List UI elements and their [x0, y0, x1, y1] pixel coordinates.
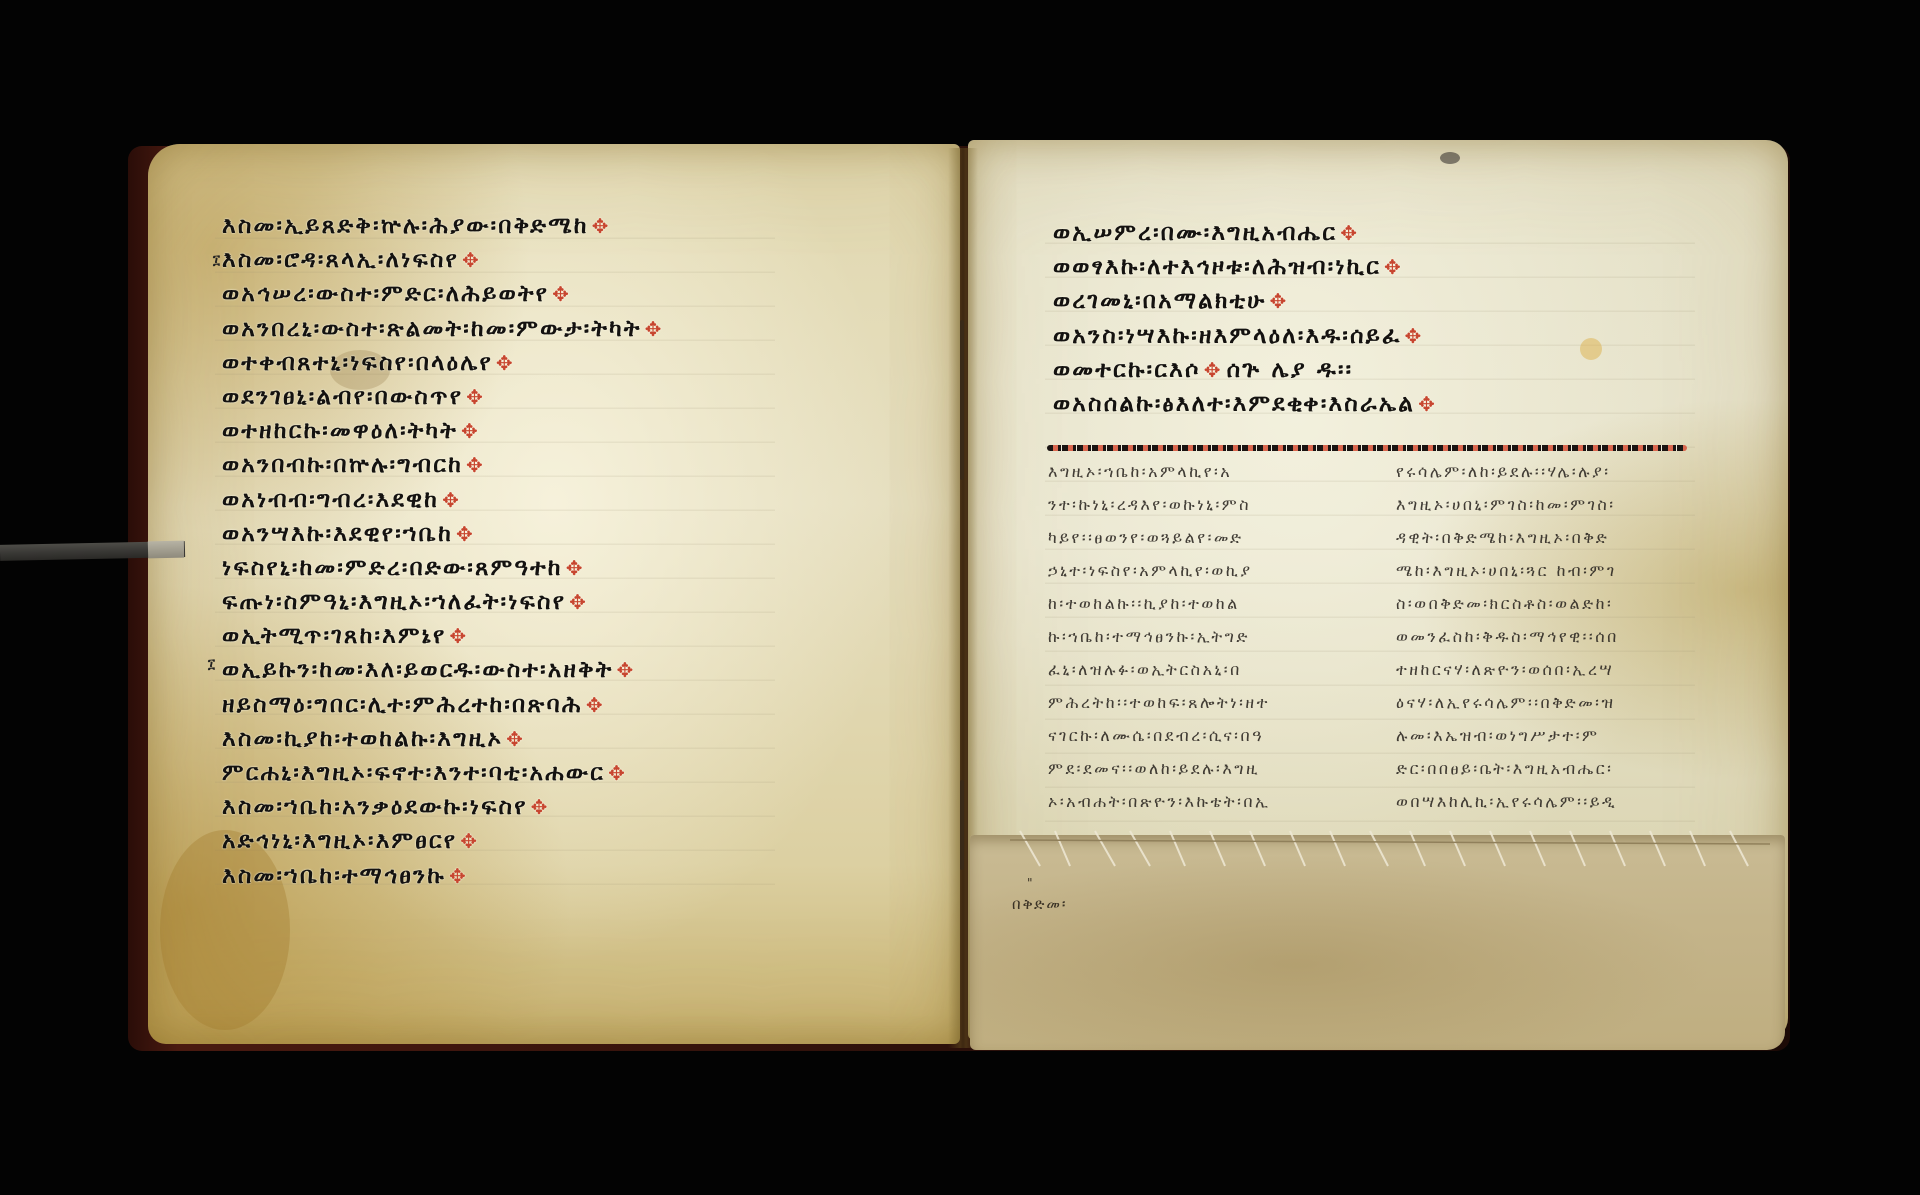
- text-line: ወአስሰልኩ፡ፅእለተ፡እምደቂቀ፡እስራኤል✥: [1053, 387, 1437, 421]
- rubric-cross-icon: ✥: [460, 829, 479, 853]
- text-line: እግዚኦ፡ኀቤከ፡አምላኪየ፡አ: [1048, 455, 1271, 488]
- rubric-cross-icon: ✥: [569, 590, 588, 614]
- text-line: ዕናሃ፡ለኢየሩሳሌም፡፡በቅድመ፡ዝ: [1396, 686, 1619, 719]
- text-line: ወኢይኩን፡ከመ፡እለ፡ይወርዱ፡ውስተ፡አዘቅት✥: [222, 653, 664, 687]
- text-line: ወአንስ፡ነሣእኩ፡ዘእምላዕለ፡እዱ፡ሰይፈ✥: [1053, 319, 1437, 353]
- rubric-cross-icon: ✥: [586, 693, 605, 717]
- rubric-cross-icon: ✥: [449, 624, 468, 648]
- flap-handwritten-note: በቅድመ፡: [1012, 895, 1067, 913]
- rubric-cross-icon: ✥: [1204, 358, 1223, 382]
- text-line: ስ፡ወበቅድመ፡ክርስቶስ፡ወልድከ፡: [1396, 587, 1619, 620]
- spine-stitch: [960, 320, 964, 480]
- text-line: ወተዘከርኩ፡መዋዕለ፡ትካት✥: [222, 414, 664, 448]
- rubric-cross-icon: ✥: [608, 761, 627, 785]
- text-line: ሉመ፡እኤዝብ፡ወነግሥታተ፡ም: [1396, 719, 1619, 752]
- rubric-cross-icon: ✥: [466, 385, 485, 409]
- text-line: ሜከ፡እግዚኦ፡ሀበኒ፡ጓር ከብ፡ምገ: [1396, 554, 1619, 587]
- text-line: እግዚኦ፡ሀበኒ፡ምገስ፡ከመ፡ምገስ፡: [1396, 488, 1619, 521]
- text-line: ፈኒ፡ለዝሉፉ፡ወኢትርስአኒ፡በ: [1048, 653, 1271, 686]
- text-line: እስመ፡ሮዳ፡ጸላኢ፡ለነፍስየ✥: [222, 243, 664, 277]
- text-line: ወአነብብ፡ግብረ፡እደዊከ✥: [222, 483, 664, 517]
- rubric-cross-icon: ✥: [531, 795, 550, 819]
- left-page-text: እስመ፡ኢይጸድቅ፡ኵሉ፡ሕያው፡በቅድሜከ✥ እስመ፡ሮዳ፡ጸላኢ፡ለነፍስየ…: [222, 209, 664, 893]
- right-page-column-b: የሩሳሌም፡ለከ፡ይደሉ፡፡ሃሌ፡ሉያ፡ እግዚኦ፡ሀበኒ፡ምገስ፡ከመ፡ምገስ…: [1396, 455, 1619, 818]
- text-line: ዘይስማዕ፡ግበር፡ሊተ፡ምሕረተከ፡በጽባሕ✥: [222, 688, 664, 722]
- text-line: ድር፡በበፀይ፡ቤት፡እግዚአብሔር፡: [1396, 752, 1619, 785]
- flap-mark: ": [1027, 876, 1033, 890]
- rubric-cross-icon: ✥: [461, 419, 480, 443]
- text-line: ወወፃእኩ፡ለተእኅዞቱ፡ለሕዝብ፡ነኪር✥: [1053, 250, 1437, 284]
- text-line: ወተቀብጸተኒ፡ነፍስየ፡በላዕሌየ✥: [222, 346, 664, 380]
- text-line: ንተ፡ኩነኒ፡ረዳእየ፡ወኩነኒ፡ምስ: [1048, 488, 1271, 521]
- text-line: ምርሐኒ፡እግዚኦ፡ፍኖተ፡እንተ፡ባቲ፡አሐውር✥: [222, 756, 664, 790]
- text-line: እስመ፡ኀቤከ፡አንቃዕደውኩ፡ነፍስየ✥: [222, 790, 664, 824]
- stain: [1580, 338, 1602, 360]
- rubric-cross-icon: ✥: [1269, 289, 1288, 313]
- rubric-cross-icon: ✥: [442, 488, 461, 512]
- rubric-cross-icon: ✥: [645, 317, 664, 341]
- decorative-divider: [1047, 445, 1687, 451]
- text-line: ፍጡነ፡ስምዓኒ፡እግዚኦ፡ኀለፈት፡ነፍስየ✥: [222, 585, 664, 619]
- rubric-cross-icon: ✥: [449, 864, 468, 888]
- rubric-cross-icon: ✥: [506, 727, 525, 751]
- rubric-cross-icon: ✥: [496, 351, 515, 375]
- rubric-cross-icon: ✥: [1405, 324, 1424, 348]
- stain: [1440, 152, 1460, 164]
- text-line: ካይየ፡፡ፀወንየ፡ወጓይልየ፡መድ: [1048, 521, 1271, 554]
- text-line: ዳዊት፡በቅድሜከ፡እግዚኦ፡በቅድ: [1396, 521, 1619, 554]
- text-line: ኃኒተ፡ነፍስየ፡አምላኪየ፡ወኪያ: [1048, 554, 1271, 587]
- text-line: ወአንበረኒ፡ውስተ፡ጽልመት፡ከመ፡ምውታ፡ትካት✥: [222, 312, 664, 346]
- text-line: ናገርኩ፡ለሙሴ፡በደብረ፡ሲና፡በዓ: [1048, 719, 1271, 752]
- spine-stitch: [960, 780, 964, 870]
- text-line: ወመንፈስከ፡ቅዱስ፡ማኅየዊ፡፡ሰበ: [1396, 620, 1619, 653]
- text-line: ምደ፡ደመና፡፡ወለከ፡ይደሉ፡እግዚ: [1048, 752, 1271, 785]
- text-line: ወአኅሠረ፡ውስተ፡ምድር፡ለሕይወትየ✥: [222, 277, 664, 311]
- rubric-cross-icon: ✥: [552, 282, 571, 306]
- text-line: ኦ፡አብሐት፡በጽዮን፡እኩቴት፡በኢ: [1048, 785, 1271, 818]
- bookmark-tip: [148, 541, 184, 559]
- text-line: እስመ፡ኪያከ፡ተወከልኩ፡እግዚኦ✥: [222, 722, 664, 756]
- text-line: እስመ፡ኀቤከ፡ተማኅፀንኩ✥: [222, 859, 664, 893]
- text-line: ወመተርኩ፡ርእሶ✥ሰጕ ሌያ ዱ፡፡: [1053, 353, 1437, 387]
- rubric-cross-icon: ✥: [617, 658, 636, 682]
- text-line: ምሕረትከ፡፡ተወከፍ፡ጸሎትነ፡ዘተ: [1048, 686, 1271, 719]
- stitching-thread-icon: [1010, 826, 1770, 876]
- text-line: ኩ፡ኀቤከ፡ተማኅፀንኩ፡ኢትግድ: [1048, 620, 1271, 653]
- text-line: ወአንበብኩ፡በኵሉ፡ግብርከ✥: [222, 448, 664, 482]
- rubric-cross-icon: ✥: [592, 214, 611, 238]
- margin-mark: ፲: [208, 657, 215, 672]
- text-line: የሩሳሌም፡ለከ፡ይደሉ፡፡ሃሌ፡ሉያ፡: [1396, 455, 1619, 488]
- text-line: ተዘከርናሃ፡ለጽዮን፡ወሰበ፡ኢረሣ: [1396, 653, 1619, 686]
- rubric-cross-icon: ✥: [1340, 221, 1359, 245]
- text-line: ወበሣእከሊኪ፡ኢየሩሳሌም፡፡ይዲ: [1396, 785, 1619, 818]
- text-line: ወኢትሚጥ፡ገጸከ፡እምኔየ✥: [222, 619, 664, 653]
- margin-mark: ፲: [213, 253, 220, 268]
- rubric-cross-icon: ✥: [456, 522, 475, 546]
- right-page-top-text: ወኢሠምረ፡በሙ፡እግዚአብሔር✥ ወወፃእኩ፡ለተእኅዞቱ፡ለሕዝብ፡ነኪር✥…: [1053, 216, 1437, 421]
- text-line: አድኅነኒ፡እግዚኦ፡እምፀርየ✥: [222, 824, 664, 858]
- rubric-cross-icon: ✥: [462, 248, 481, 272]
- text-line: ወደንገፀኒ፡ልብየ፡በውስጥየ✥: [222, 380, 664, 414]
- text-line: እስመ፡ኢይጸድቅ፡ኵሉ፡ሕያው፡በቅድሜከ✥: [222, 209, 664, 243]
- text-line-tail: ሰጕ ሌያ ዱ፡፡: [1227, 357, 1354, 383]
- rubric-cross-icon: ✥: [1384, 255, 1403, 279]
- rubric-cross-icon: ✥: [466, 453, 485, 477]
- rubric-cross-icon: ✥: [1418, 392, 1437, 416]
- text-line: ወረገመኒ፡በአማልክቲሁ✥: [1053, 284, 1437, 318]
- text-line: ከ፡ተወከልኩ፡፡ኪያከ፡ተወከል: [1048, 587, 1271, 620]
- text-line: ወኢሠምረ፡በሙ፡እግዚአብሔር✥: [1053, 216, 1437, 250]
- text-line: ወአንሣእኩ፡እደዊየ፡ኀቤከ✥: [222, 517, 664, 551]
- right-page-column-a: እግዚኦ፡ኀቤከ፡አምላኪየ፡አ ንተ፡ኩነኒ፡ረዳእየ፡ወኩነኒ፡ምስ ካይየ…: [1048, 455, 1271, 818]
- text-line: ነፍስየኒ፡ከመ፡ምድረ፡በድው፡ጸምዓተከ✥: [222, 551, 664, 585]
- rubric-cross-icon: ✥: [566, 556, 585, 580]
